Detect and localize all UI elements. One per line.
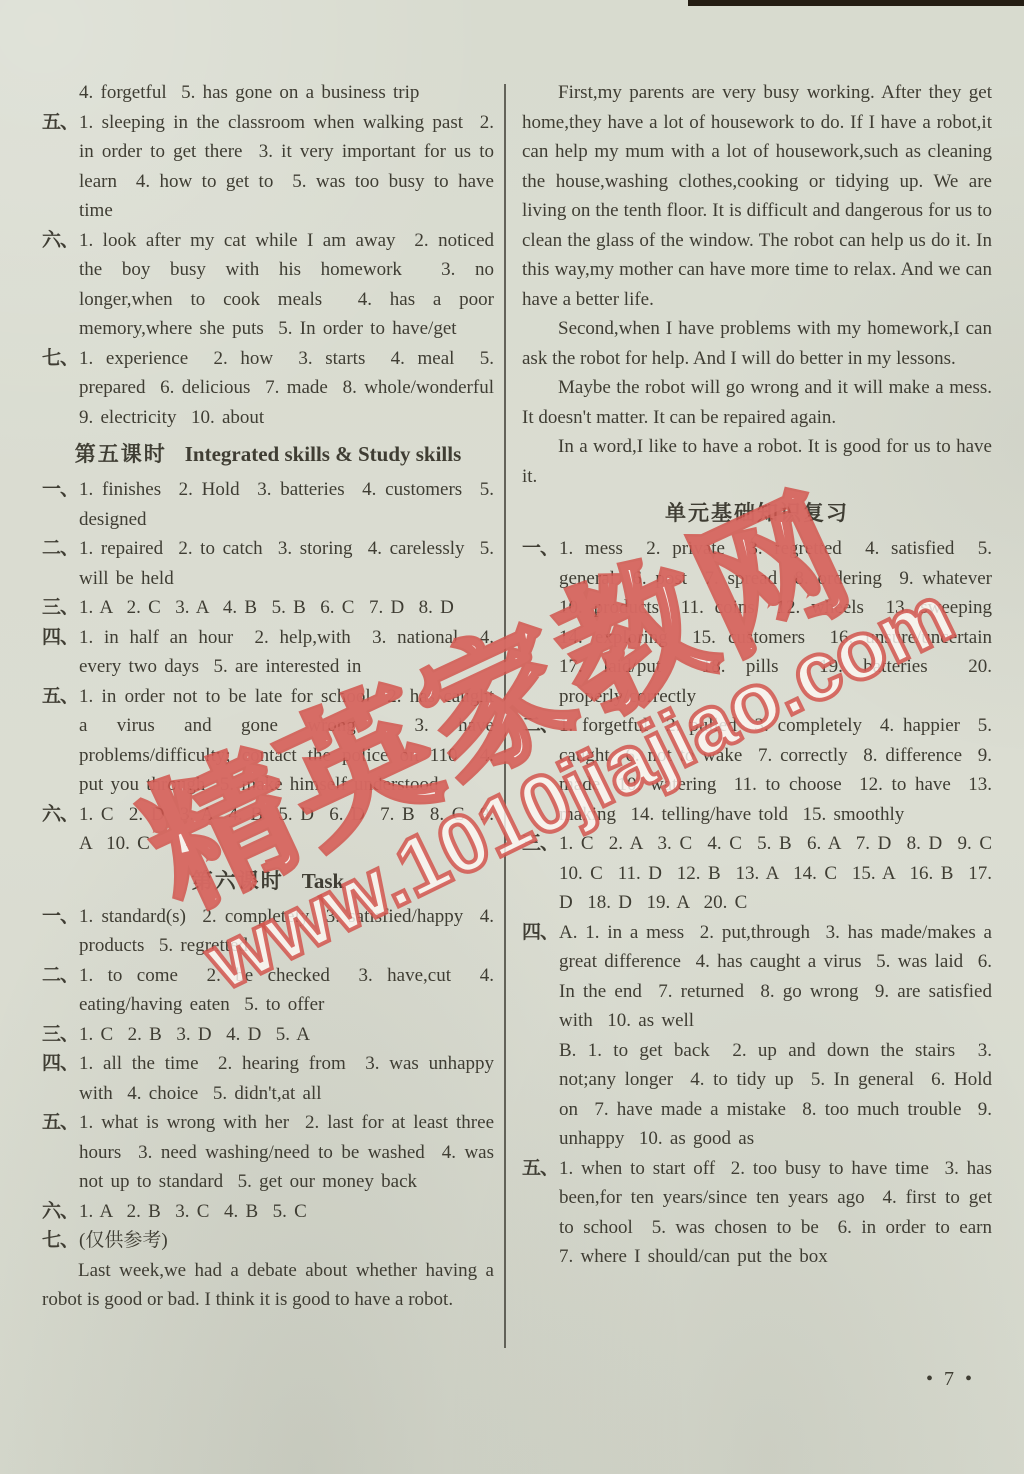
section-answers-text: 1. look after my cat while I am away 2. … xyxy=(79,230,501,340)
answer-section: 三、1. C 2. B 3. D 4. D 5. A xyxy=(42,1020,494,1050)
answer-section: 五、1. what is wrong with her 2. last for … xyxy=(42,1108,494,1197)
answer-section: 四、A. 1. in a mess 2. put,through 3. has … xyxy=(522,918,992,1036)
section-label: 四、 xyxy=(42,1049,78,1079)
section-label: 三、 xyxy=(522,829,558,859)
essay-paragraph: Second,when I have problems with my home… xyxy=(522,314,992,373)
section-answers-text: 1. C 2. A 3. C 4. C 5. B 6. A 7. D 8. D … xyxy=(559,833,1007,913)
answer-section: 六、1. A 2. B 3. C 4. B 5. C xyxy=(42,1197,494,1227)
heading-en: Task xyxy=(302,869,344,893)
section-answers-text: 1. C 2. D 3. A 4. B 5. D 6. D 7. B 8. C … xyxy=(79,804,500,855)
scan-edge-strip xyxy=(688,0,1024,6)
section-label: 一、 xyxy=(522,534,558,564)
section-label: 四、 xyxy=(522,918,558,948)
section-answers-text: 1. in half an hour 2. help,with 3. natio… xyxy=(79,627,501,678)
lesson-heading: 第五课时Integrated skills & Study skills xyxy=(42,439,494,470)
heading-cn: 第六课时 xyxy=(192,870,284,893)
answer-section: 一、1. finishes 2. Hold 3. batteries 4. cu… xyxy=(42,475,494,534)
heading-cn: 第五课时 xyxy=(75,443,167,466)
section-label: 五、 xyxy=(42,1108,78,1138)
section-answers-text: 1. mess 2. private 3. regretted 4. satis… xyxy=(559,538,1007,707)
section-label: 一、 xyxy=(42,902,78,932)
section-answers-text: 1. all the time 2. hearing from 3. was u… xyxy=(79,1053,501,1104)
heading-en: Integrated skills & Study skills xyxy=(185,442,462,466)
section-answers-text: 1. when to start off 2. too busy to have… xyxy=(559,1158,1007,1268)
answer-section: 五、1. when to start off 2. too busy to ha… xyxy=(522,1154,992,1272)
section-label: 二、 xyxy=(42,534,78,564)
answer-section: 二、1. repaired 2. to catch 3. storing 4. … xyxy=(42,534,494,593)
section-answers-text: 1. standard(s) 2. completely 3. satisfie… xyxy=(79,906,501,957)
section-label: 二、 xyxy=(42,961,78,991)
answer-section: 四、1. in half an hour 2. help,with 3. nat… xyxy=(42,623,494,682)
right-column: First,my parents are very busy working. … xyxy=(522,78,992,1272)
answer-section: 五、1. in order not to be late for school … xyxy=(42,682,494,800)
lesson-heading: 单元基础知识复习 xyxy=(522,498,992,529)
page-number: • 7 • xyxy=(926,1368,975,1391)
answer-section: 4. forgetful 5. has gone on a business t… xyxy=(42,78,494,108)
section-answers-text: 1. what is wrong with her 2. last for at… xyxy=(79,1112,501,1192)
section-label: 六、 xyxy=(42,800,78,830)
scanned-answer-page: 4. forgetful 5. has gone on a business t… xyxy=(0,0,1024,1474)
column-divider xyxy=(504,84,506,1348)
answer-section: 五、1. sleeping in the classroom when walk… xyxy=(42,108,494,226)
answer-section: 一、1. standard(s) 2. completely 3. satisf… xyxy=(42,902,494,961)
answer-section: 三、1. C 2. A 3. C 4. C 5. B 6. A 7. D 8. … xyxy=(522,829,992,918)
section-answers-text: 1. experience 2. how 3. starts 4. meal 5… xyxy=(79,348,509,428)
essay-paragraph: In a word,I like to have a robot. It is … xyxy=(522,432,992,491)
section-label: 七、 xyxy=(42,344,78,374)
section-answers-text: 1. to come 2. be checked 3. have,cut 4. … xyxy=(79,965,501,1016)
essay-paragraph: Last week,we had a debate about whether … xyxy=(42,1256,494,1315)
answer-section: 二、1. to come 2. be checked 3. have,cut 4… xyxy=(42,961,494,1020)
section-answers-text: 1. sleeping in the classroom when walkin… xyxy=(79,112,501,222)
answer-section: 六、1. C 2. D 3. A 4. B 5. D 6. D 7. B 8. … xyxy=(42,800,494,859)
lesson-heading: 第六课时Task xyxy=(42,866,494,897)
section-answers-text: 1. A 2. C 3. A 4. B 5. B 6. C 7. D 8. D xyxy=(79,597,454,618)
answer-section: 七、1. experience 2. how 3. starts 4. meal… xyxy=(42,344,494,433)
section-answers-text: 1. forgetful 2. pulled 3. completely 4. … xyxy=(559,715,999,825)
left-column: 4. forgetful 5. has gone on a business t… xyxy=(42,78,494,1315)
section-label: 五、 xyxy=(522,1154,558,1184)
answer-section: 四、1. all the time 2. hearing from 3. was… xyxy=(42,1049,494,1108)
section-answers-text: 1. A 2. B 3. C 4. B 5. C xyxy=(79,1201,307,1222)
section-label: 三、 xyxy=(42,1020,78,1050)
section-answers-text: 4. forgetful 5. has gone on a business t… xyxy=(79,82,419,103)
answer-section: B. 1. to get back 2. up and down the sta… xyxy=(522,1036,992,1154)
section-label: 三、 xyxy=(42,593,78,623)
section-label: 二、 xyxy=(522,711,558,741)
section-answers-text: A. 1. in a mess 2. put,through 3. has ma… xyxy=(559,922,999,1032)
section-answers-text: (仅供参考) xyxy=(79,1230,168,1251)
section-label: 六、 xyxy=(42,1197,78,1227)
essay-paragraph: Maybe the robot will go wrong and it wil… xyxy=(522,373,992,432)
answer-section: 六、1. look after my cat while I am away 2… xyxy=(42,226,494,344)
section-label: 五、 xyxy=(42,682,78,712)
section-label: 五、 xyxy=(42,108,78,138)
section-label: 一、 xyxy=(42,475,78,505)
answer-section: 一、1. mess 2. private 3. regretted 4. sat… xyxy=(522,534,992,711)
heading-cn: 单元基础知识复习 xyxy=(665,502,849,525)
answer-section: 三、1. A 2. C 3. A 4. B 5. B 6. C 7. D 8. … xyxy=(42,593,494,623)
section-answers-text: 1. finishes 2. Hold 3. batteries 4. cust… xyxy=(79,479,501,530)
section-label: 六、 xyxy=(42,226,78,256)
section-label: 四、 xyxy=(42,623,78,653)
section-answers-text: B. 1. to get back 2. up and down the sta… xyxy=(559,1040,999,1150)
answer-section: 二、1. forgetful 2. pulled 3. completely 4… xyxy=(522,711,992,829)
section-answers-text: 1. in order not to be late for school 2.… xyxy=(79,686,501,796)
section-answers-text: 1. repaired 2. to catch 3. storing 4. ca… xyxy=(79,538,501,589)
section-label: 七、 xyxy=(42,1226,78,1256)
section-answers-text: 1. C 2. B 3. D 4. D 5. A xyxy=(79,1024,310,1045)
answer-section: 七、(仅供参考) xyxy=(42,1226,494,1256)
essay-paragraph: First,my parents are very busy working. … xyxy=(522,78,992,314)
